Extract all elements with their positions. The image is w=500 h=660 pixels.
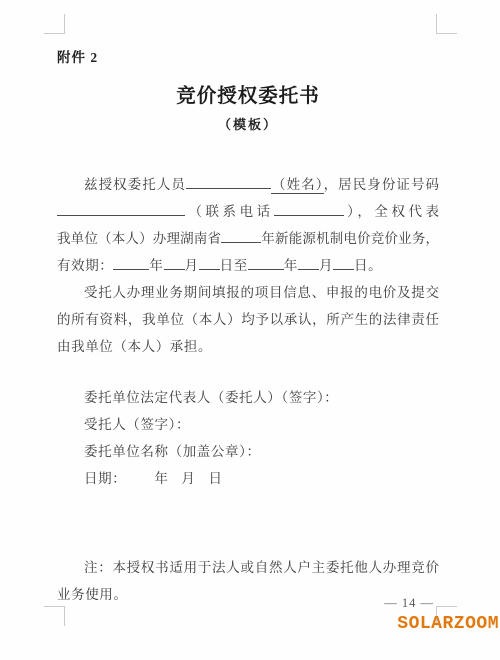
document-content: 附件 2 竞价授权委托书 （模板） 兹授权委托人员（姓名），居民身份证号码（联系…: [57, 46, 439, 608]
text-segment: 日。: [354, 258, 382, 273]
spacer: [196, 482, 209, 483]
blank-field: [186, 174, 271, 189]
spacer: [168, 482, 181, 483]
text-line: 兹授权委托人员（姓名），居民身份证号码: [57, 171, 439, 198]
document-page: 附件 2 竞价授权委托书 （模板） 兹授权委托人员（姓名），居民身份证号码（联系…: [0, 0, 500, 660]
text-segment: 年: [149, 258, 163, 273]
blank-field: [298, 255, 319, 270]
text-segment: 年新能源机制电价竞价业务，: [261, 231, 439, 246]
blank-field: [113, 255, 149, 270]
text-segment: 注：本授权书适用于法人或自然人户主委托他人办理竞价: [84, 560, 439, 575]
text-segment: 受托人办理业务期间填报的项目信息、申报的电价及提交: [84, 285, 439, 300]
note-block: 注：本授权书适用于法人或自然人户主委托他人办理竞价业务使用。: [57, 554, 439, 608]
text-segment: ，居民身份证号码: [324, 177, 439, 192]
text-line: （联系电话），全权代表: [57, 198, 439, 225]
text-segment: 兹授权委托人员: [84, 177, 186, 192]
text-line: 委托单位名称（加盖公章）：: [57, 438, 439, 465]
text-segment: 有效期：: [57, 258, 113, 273]
blank-field: [221, 228, 261, 243]
text-segment: 委托单位法定代表人（委托人）（签字）：: [84, 390, 338, 405]
text-segment: 我单位（本人）办理湖南省: [57, 231, 221, 246]
crop-mark-bottom-left-icon: [44, 606, 65, 626]
text-segment: 由我单位（本人）承担。: [57, 339, 212, 354]
body-paragraphs: 兹授权委托人员（姓名），居民身份证号码（联系电话），全权代表我单位（本人）办理湖…: [57, 171, 439, 360]
text-line: 注：本授权书适用于法人或自然人户主委托他人办理竞价: [57, 554, 439, 581]
page-subtitle: （模板）: [57, 114, 439, 133]
text-segment: （联系电话: [185, 204, 274, 219]
text-line: 由我单位（本人）承担。: [57, 333, 439, 360]
text-segment: 委托单位名称（加盖公章）：: [84, 444, 261, 459]
text-segment: 月: [319, 258, 333, 273]
blank-field: [164, 255, 185, 270]
text-segment: 日: [209, 471, 223, 486]
text-segment: 的所有资料，我单位（本人）均予以承认，所产生的法律责任: [57, 312, 439, 327]
text-segment: 月: [181, 471, 195, 486]
blank-field: [57, 201, 185, 216]
text-segment: 受托人（签字）：: [84, 417, 190, 432]
blank-field: [274, 201, 344, 216]
page-number: — 14 —: [384, 596, 434, 611]
text-line: 受托人（签字）：: [57, 411, 439, 438]
text-segment: 年: [154, 471, 168, 486]
text-line: 有效期：年月日至年月日。: [57, 252, 439, 279]
text-segment: （姓名）: [271, 177, 324, 194]
blank-field: [199, 255, 220, 270]
text-line: 的所有资料，我单位（本人）均予以承认，所产生的法律责任: [57, 306, 439, 333]
text-line: 日期：年月日: [57, 465, 439, 492]
blank-field: [248, 255, 284, 270]
page-title: 竞价授权委托书: [57, 80, 439, 108]
text-segment: ），全权代表: [344, 204, 439, 219]
text-line: 我单位（本人）办理湖南省年新能源机制电价竞价业务，: [57, 225, 439, 252]
text-line: 业务使用。: [57, 581, 439, 608]
text-segment: 日至: [220, 258, 248, 273]
blank-field: [333, 255, 354, 270]
signature-block: 委托单位法定代表人（委托人）（签字）：受托人（签字）：委托单位名称（加盖公章）：…: [57, 384, 439, 492]
attachment-label: 附件 2: [57, 46, 439, 66]
crop-mark-top-right-icon: [436, 14, 457, 34]
text-segment: 年: [284, 258, 298, 273]
watermark: SOLARZOOM: [397, 614, 499, 634]
text-line: 委托单位法定代表人（委托人）（签字）：: [57, 384, 439, 411]
spacer: [126, 482, 154, 483]
text-segment: 月: [185, 258, 199, 273]
text-line: 受托人办理业务期间填报的项目信息、申报的电价及提交: [57, 279, 439, 306]
text-segment: 日期：: [84, 471, 126, 486]
text-segment: 业务使用。: [57, 587, 128, 602]
crop-mark-top-left-icon: [44, 14, 65, 34]
